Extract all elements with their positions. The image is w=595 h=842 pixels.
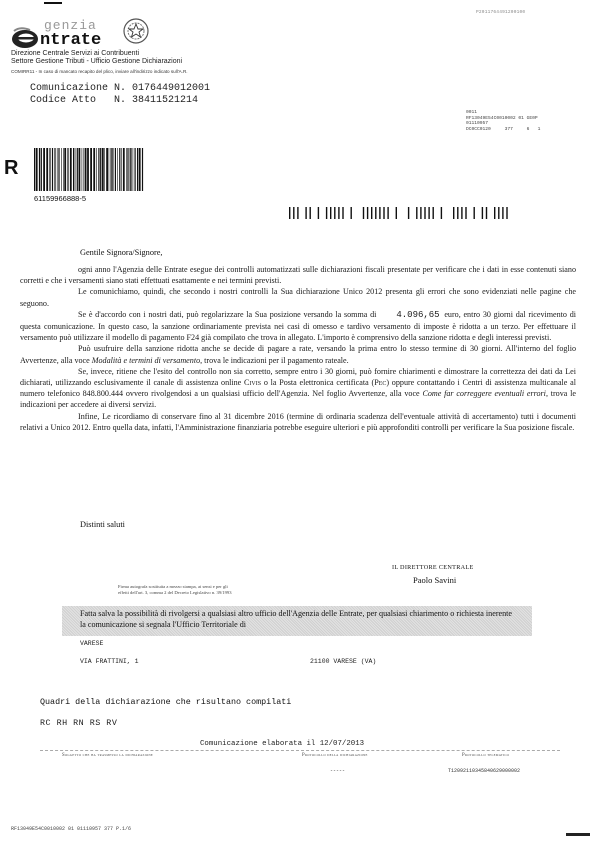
paragraph-5-text-b: o la Posta elettronica certificata (	[264, 378, 374, 387]
right-codes: 0011 RF13049E54C0010002 01 GE0P 01110957…	[466, 110, 540, 132]
comunicazione-row: Comunicazione N. 0176449012001	[30, 83, 210, 94]
office-city: VARESE	[80, 640, 103, 647]
comunicazione-label: Comunicazione	[30, 83, 108, 94]
paragraph-2: Le comunichiamo, quindi, che secondo i n…	[20, 286, 576, 308]
comunicazione-number: N. 0176449012001	[114, 83, 210, 94]
link-come-correggere: Come far correggere eventuali errori	[422, 389, 546, 398]
registered-mark: R	[4, 157, 18, 180]
barcode-icon	[34, 148, 144, 191]
codice-atto-label: Codice Atto	[30, 95, 96, 106]
agenzia-entrate-logo-icon	[10, 27, 40, 49]
postal-barcode-icon	[289, 207, 514, 219]
top-document-code: P2011764491200100	[476, 10, 525, 15]
link-modalita-versamento: Modalità e termini di versamento	[92, 356, 200, 365]
paragraph-4-text-b: , trova le indicazioni per il pagamento …	[200, 356, 349, 365]
paragraph-3: Se è d'accordo con i nostri dati, può re…	[20, 309, 576, 344]
codice-atto-row: Codice Atto N. 38411521214	[30, 95, 198, 106]
top-mark	[44, 2, 62, 4]
office-postal: 21100 VARESE (VA)	[310, 658, 376, 665]
barcode-number: 61159966888-5	[34, 194, 86, 203]
paragraph-6: Infine, Le ricordiamo di conservare fino…	[20, 411, 576, 433]
paragraph-3-text-a: Se è d'accordo con i nostri dati, può re…	[78, 310, 376, 319]
greeting: Gentile Signora/Signore,	[80, 248, 163, 257]
divider	[40, 750, 560, 751]
logo-text-entrate: ntrate	[40, 31, 101, 50]
paragraph-4: Può usufruire della sanzione ridotta anc…	[20, 343, 576, 365]
corner-mark	[566, 833, 590, 836]
direction-line-2: Settore Gestione Tributi - Ufficio Gesti…	[11, 58, 182, 65]
signature-note: Firma autografa sostituita a mezzo stamp…	[118, 584, 232, 596]
direction-line-1: Direzione Centrale Servizi ai Contribuen…	[11, 50, 139, 57]
return-instruction-note: COMIRR11 - In caso di mancato recapito d…	[11, 69, 188, 74]
office-address: VIA FRATTINI, 1	[80, 658, 139, 665]
quadri-title: Quadri della dichiarazione che risultano…	[40, 697, 291, 707]
paragraph-5: Se, invece, ritiene che l'esito del cont…	[20, 366, 576, 411]
column-header-protocol: Protocollo della dichiarazione	[302, 753, 368, 758]
signer-title: IL DIRETTORE CENTRALE	[392, 564, 474, 571]
pec-label: Pec	[374, 378, 386, 387]
closing: Distinti saluti	[80, 520, 125, 529]
elaboration-date: Comunicazione elaborata il 12/07/2013	[200, 740, 364, 748]
letter-body: ogni anno l'Agenzia delle Entrate esegue…	[20, 264, 576, 433]
italian-republic-emblem-icon	[122, 16, 150, 46]
civis-label: Civis	[244, 378, 261, 387]
paragraph-1: ogni anno l'Agenzia delle Entrate esegue…	[20, 264, 576, 286]
signature-note-line-2: effetti dell'art. 3, comma 2 del Decreto…	[118, 590, 232, 596]
telematic-protocol-value: T12092110345840629000002	[448, 768, 520, 774]
quadri-list: RC RH RN RS RV	[40, 718, 117, 728]
amount-due: 4.096,65	[376, 310, 441, 320]
codice-atto-number: N. 38411521214	[114, 95, 198, 106]
office-info-text: Fatta salva la possibilità di rivolgersi…	[80, 609, 512, 630]
protocol-value: -----	[330, 768, 345, 774]
column-header-sender: Soggetto che ha trasmesso la dichiarazio…	[62, 753, 153, 758]
signer-name: Paolo Savini	[413, 575, 456, 585]
column-header-telematic: Protocollo telematico	[462, 753, 509, 758]
page-code: RF13049E54C0010002 01 01110957 377 P.1/6	[11, 826, 131, 832]
